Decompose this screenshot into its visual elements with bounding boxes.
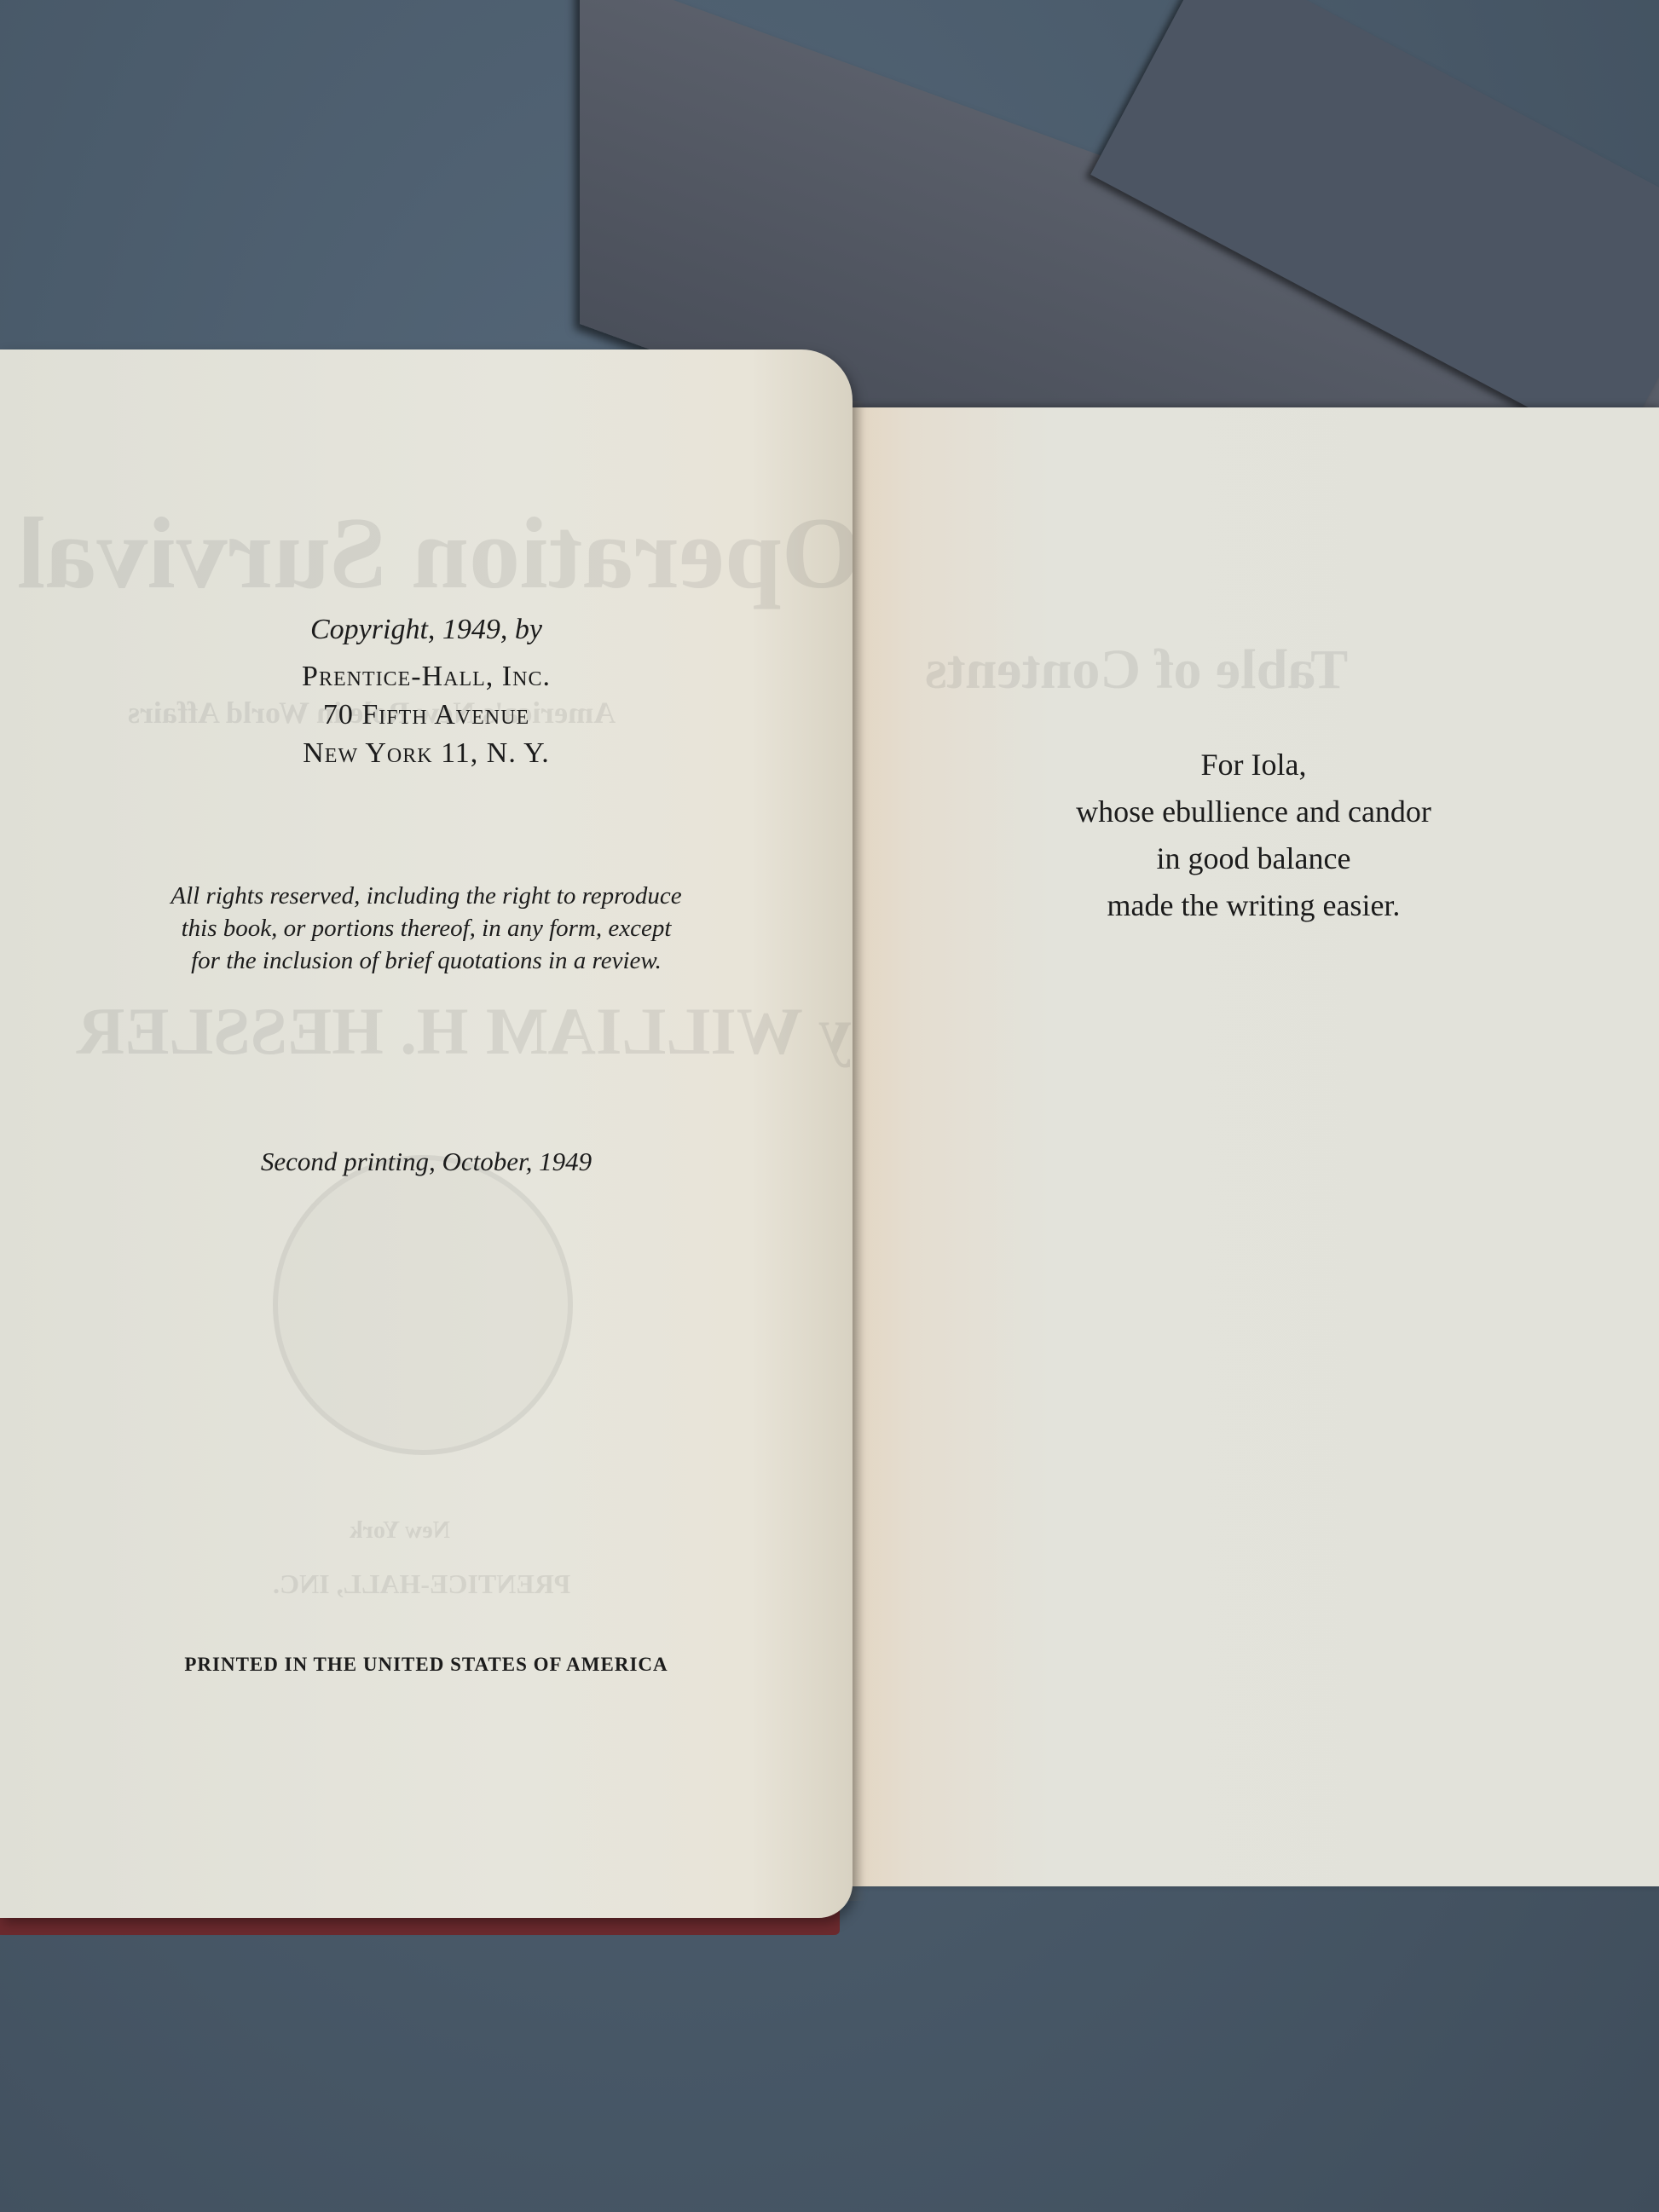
right-page: Table of Contents For Iola, whose ebulli… [848, 407, 1659, 1886]
rights-line: this book, or portions thereof, in any f… [0, 915, 853, 943]
show-through-title: Operation Survival [17, 494, 853, 612]
dedication-line: whose ebullience and candor [848, 794, 1659, 829]
rights-line: All rights reserved, including the right… [0, 882, 853, 910]
publisher-name: Prentice-Hall, Inc. [0, 661, 853, 693]
show-through-author: By WILLIAM H. HESSLER [77, 993, 853, 1070]
show-through-city: New York [350, 1517, 450, 1545]
printed-in-notice: PRINTED IN THE UNITED STATES OF AMERICA [0, 1654, 853, 1676]
publisher-address-street: 70 Fifth Avenue [0, 699, 853, 731]
dedication-line: made the writing easier. [848, 887, 1659, 923]
publisher-address-city: New York 11, N. Y. [0, 737, 853, 770]
show-through-emblem [273, 1155, 573, 1455]
rights-line: for the inclusion of brief quotations in… [0, 947, 853, 975]
show-through-heading: Table of Contents [925, 638, 1348, 702]
printing-edition: Second printing, October, 1949 [0, 1146, 853, 1177]
show-through-publisher: PRENTICE-HALL, INC. [273, 1568, 570, 1600]
dedication-line: For Iola, [848, 747, 1659, 783]
dedication-line: in good balance [848, 840, 1659, 876]
copyright-line: Copyright, 1949, by [0, 614, 853, 646]
left-page: Operation Survival America's New Role in… [0, 349, 853, 1918]
